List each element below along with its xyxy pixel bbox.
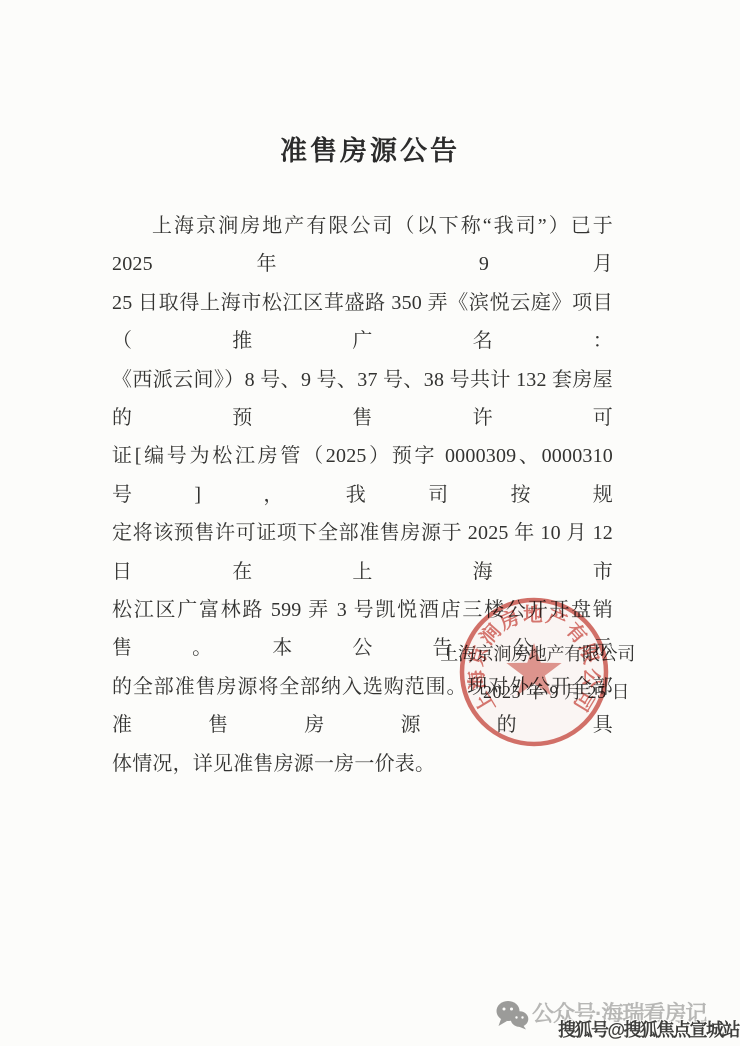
body-line: 25 日取得上海市松江区茸盛路 350 弄《滨悦云庭》项目（推广名：: [112, 284, 613, 361]
signature-block: 上海京涧房地产有限公司 2025 年 9 月 25 日: [440, 644, 635, 702]
wechat-watermark: 公众号·海瑞看房记: [532, 997, 706, 1028]
document-page: 准售房源公告 上海京涧房地产有限公司（以下称“我司”）已于 2025 年 9 月…: [0, 0, 740, 1046]
signature-company: 上海京涧房地产有限公司: [440, 644, 635, 664]
page-title: 准售房源公告: [0, 129, 740, 168]
body-line: 上海京涧房地产有限公司（以下称“我司”）已于 2025 年 9 月: [112, 207, 613, 284]
body-line: 《西派云间》）8 号、9 号、37 号、38 号共计 132 套房屋的预售许可: [112, 361, 613, 438]
body-line: 体情况，详见准售房源一房一价表。: [112, 745, 613, 783]
body-line: 证[编号为松江房管（2025）预字 0000309、0000310 号]，我司按…: [112, 437, 613, 514]
wechat-icon: [495, 1000, 529, 1030]
signature-date: 2025 年 9 月 25 日: [440, 682, 635, 702]
sohu-watermark: 搜狐号@搜狐焦点宣城站: [558, 1016, 739, 1042]
body-line: 定将该预售许可证项下全部准售房源于 2025 年 10 月 12 日在上海市: [112, 514, 613, 591]
